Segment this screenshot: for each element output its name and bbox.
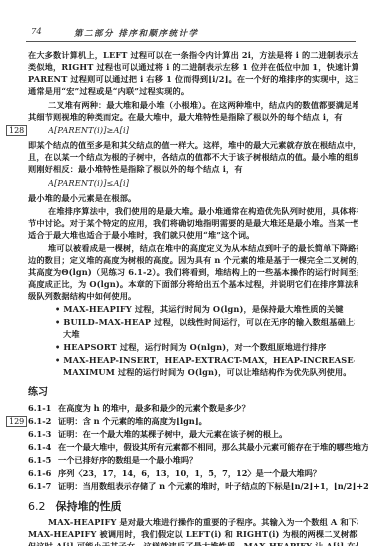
text-line: 且，在以某一个结点为根的子树中，各结点的值都不大于该子树根结点的值。最小堆的组织… [28, 152, 358, 163]
formula-max-heap: A[PARENT(i)]≥A[i] [48, 125, 378, 136]
text-line: 二叉堆有两种：最大堆和最小堆（小根堆）。在这两种堆中，结点内的数值都要满足堆特性… [48, 100, 358, 111]
part-title: 第二部分 排序和顺序统计学 [74, 27, 198, 39]
section-title: 6.2保持堆的性质 [28, 498, 122, 514]
text-line: 高度成正比，为 O(lgn)。本章的下面部分将给出五个基本过程，并说明它们在排序… [28, 279, 358, 290]
bullet-item: • MAX-HEAPIFY 过程，其运行时间为 O(lgn)，是保持最大堆性质的… [55, 304, 355, 315]
text-line: 类似地，RIGHT 过程也可以通过将 i 的二进制表示左移 1 位并在低位中加 … [28, 62, 358, 73]
header-rule [26, 41, 356, 42]
text-line: 其高度为Θ(lgn)（见练习 6.1-2）。我们将看到，堆结构上的一些基本操作的… [28, 267, 358, 278]
page-number: 74 [31, 27, 42, 37]
text-line: PARENT 过程则可以通过把 i 右移 1 位而得到⌊i/2⌋。在一个好的堆排… [28, 74, 358, 85]
text-line: 其细节则视堆的种类而定。在最大堆中，最大堆特性是指除了根以外的每个结点 i，有 [28, 112, 358, 123]
text-line: MAX-HEAPIFY 是对最大堆进行操作的重要的子程序。其输入为一个数组 A … [48, 517, 358, 528]
text-line: 最小堆的最小元素是在根部。 [28, 193, 358, 204]
text-line: 在大多数计算机上，LEFT 过程可以在一条指令内计算出 2i，方法是将 i 的二… [28, 50, 358, 61]
text-line: 在堆排序算法中，我们使用的是最大堆。最小堆通常在构造优先队列时使用，具体将在 6… [48, 206, 358, 217]
bullet-item: • MAX-HEAP-INSERT，HEAP-EXTRACT-MAX，HEAP-… [55, 355, 355, 366]
margin-page-number: 128 [6, 125, 27, 136]
bullet-continuation: MAXIMUM 过程的运行时间为 O(lgn)，可以让堆结构作为优先队列使用。 [63, 367, 353, 378]
text-line: 堆可以被看成是一棵树，结点在堆中的高度定义为从本结点到叶子的最长简单下降路径上 [48, 243, 358, 254]
text-line: 通常是用“宏”过程或是“内联”过程实现的。 [28, 86, 358, 97]
text-line: 即某个结点的值至多是和其父结点的值一样大。这样，堆中的最大元素就存放在根结点中，… [28, 140, 358, 151]
bullet-item: • HEAPSORT 过程，运行时间为 O(nlgn)，对一个数组原地进行排序 [55, 342, 355, 353]
margin-page-number: 129 [6, 416, 27, 427]
exercise-item: 6.1-5一个已排好序的数组是一个最小堆吗？ [28, 455, 197, 466]
text-line: 边的数目；定义堆的高度为树根的高度。因为具有 n 个元素的堆是基于一棵完全二叉树… [28, 255, 358, 266]
text-line: 级队列数据结构中如何使用。 [28, 291, 358, 302]
book-page: 74 第二部分 排序和顺序统计学 在大多数计算机上，LEFT 过程可以在一条指令… [0, 0, 390, 546]
exercise-item: 6.1-2证明：含 n 个元素的堆的高度为⌊lgn⌋。 [28, 416, 207, 427]
bullet-item: • BUILD-MAX-HEAP 过程，以线性时间运行，可以在无序的输入数组基础… [55, 317, 355, 328]
exercise-item: 6.1-4在一个最大堆中，假设其所有元素都不相同，那么其最小元素可能存在于堆的哪… [28, 442, 368, 453]
bullet-continuation: 大堆 [63, 329, 353, 340]
exercise-item: 6.1-3证明：在一个最大堆的某棵子树中，最大元素在该子树的根上。 [28, 429, 287, 440]
text-line: MAX-HEAPIFY 被调用时，我们假定以 LEFT(i) 和 RIGHT(i… [28, 529, 358, 540]
running-header: 74 第二部分 排序和顺序统计学 [26, 27, 356, 41]
formula-min-heap: A[PARENT(i)]≤A[i] [48, 178, 378, 189]
text-line: 但这时 A[i] 可能小于其子女，这样就违反了最大堆性质。MAX-HEAPIFY… [28, 541, 358, 546]
exercises-heading: 练习 [28, 383, 48, 398]
text-line: 则刚好相反：最小堆特性是指除了根以外的每个结点 i，有 [28, 164, 358, 175]
exercise-item: 6.1-1在高度为 h 的堆中，最多和最少的元素个数是多少？ [28, 403, 250, 414]
text-line: 适合于最大堆也适合于最小堆时，我们就只使用“堆”这个词。 [28, 230, 358, 241]
text-line: 节中讨论。对于某个特定的应用，我们将确切地指明需要的是最大堆还是最小堆。当某一性… [28, 218, 358, 229]
exercise-item: 6.1-6序列〈23，17，14，6，13，10，1，5，7，12〉是一个最大堆… [28, 468, 321, 479]
exercise-item: 6.1-7证明：当用数组表示存储了 n 个元素的堆时，叶子结点的下标是⌊n/2⌋… [28, 481, 368, 492]
